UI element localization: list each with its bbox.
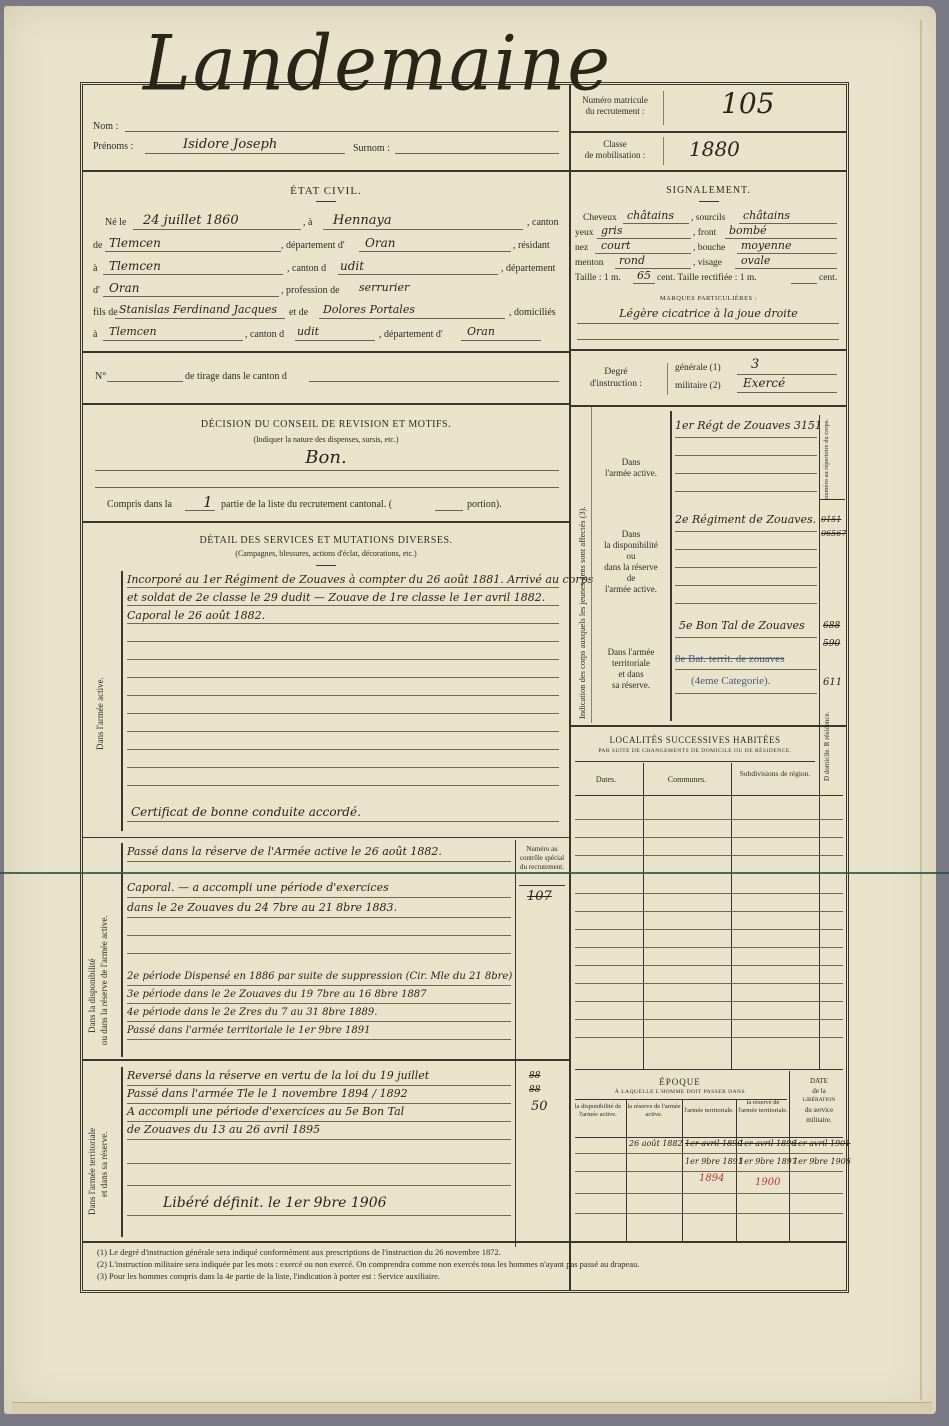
epoque-subtitle: À LAQUELLE L'HOMME DOIT PASSER DANS — [571, 1089, 789, 1095]
territorial-label: et dans — [593, 669, 669, 679]
reserve-label: ou — [593, 551, 669, 561]
service-line-1: Incorporé au 1er Régiment de Zouaves à c… — [127, 573, 593, 586]
corps-territorial-value-3: (4eme Categorie). — [691, 675, 770, 687]
line — [675, 669, 817, 670]
line — [577, 339, 839, 340]
line — [319, 318, 505, 319]
epoque-territoriale-red: 1894 — [699, 1173, 724, 1184]
divider — [571, 170, 846, 172]
line — [103, 274, 283, 275]
line — [575, 1001, 843, 1002]
divider — [83, 837, 569, 838]
reserve-side-label-1: Dans la disponibilité — [87, 959, 97, 1034]
line — [575, 947, 843, 948]
line — [127, 587, 559, 588]
corps-territorial-value-1: 5e Bon Tal de Zouaves — [679, 619, 805, 632]
footnote-2: (2) L'instruction militaire sera indiqué… — [97, 1259, 639, 1269]
reserve-line-2: Caporal. — a accompli une période d'exer… — [127, 881, 389, 894]
line — [127, 1185, 511, 1186]
parents-residence: Tlemcen — [109, 325, 157, 338]
line — [127, 985, 511, 986]
prenoms-value: Isidore Joseph — [183, 137, 277, 152]
line — [127, 785, 559, 786]
territorial-line-4: de Zouaves du 13 au 26 avril 1895 — [127, 1123, 320, 1136]
line — [675, 637, 817, 638]
birth-place: Hennaya — [333, 213, 392, 228]
divider — [83, 521, 569, 523]
matricule-label-2: du recrutement : — [571, 106, 659, 117]
line — [819, 499, 845, 500]
yeux-label: yeux — [575, 228, 593, 238]
line — [575, 1171, 843, 1172]
line — [623, 223, 689, 224]
column-dates: Dates. — [571, 775, 641, 784]
surnom-label: Surnom : — [353, 143, 390, 154]
canton-label: , canton — [527, 217, 559, 228]
parents-department: Oran — [467, 325, 495, 338]
reserve-line-5: 3e période dans le 2e Zouaves du 19 7bre… — [127, 989, 427, 1000]
controle-header: Numéro au contrôle spécial du recrutemen… — [517, 845, 567, 872]
active-label-2: l'armée active. — [593, 468, 669, 478]
divider — [83, 170, 569, 172]
bracket — [670, 411, 672, 721]
reserve-line-6: 4e période dans le 2e Zres du 7 au 31 8b… — [127, 1007, 377, 1018]
divider — [571, 131, 846, 133]
taille-value: 65 — [637, 269, 651, 282]
localites-subtitle: PAR SUITE DE CHANGEMENTS DE DOMICILE OU … — [571, 748, 819, 754]
certificat-line: Certificat de bonne conduite accordé. — [131, 805, 361, 819]
line — [127, 731, 559, 732]
divider — [83, 351, 569, 353]
line — [185, 510, 215, 511]
epoque-title: ÉPOQUE — [571, 1077, 789, 1087]
departement-label: , département d' — [281, 240, 345, 251]
left-column: Nom : Prénoms : Isidore Joseph Surnom : … — [83, 85, 569, 1290]
canton-label: , canton d — [287, 263, 326, 274]
departement-label: , département d' — [379, 329, 443, 340]
line — [435, 510, 463, 511]
column-subdivisions: Subdivisions de région. — [733, 769, 817, 778]
line — [127, 1163, 511, 1164]
reserve-line-1: Passé dans la réserve de l'Armée active … — [127, 845, 442, 858]
birth-canton: Tlemcen — [109, 236, 161, 250]
liberation-line: Libéré définit. le 1er 9bre 1906 — [163, 1195, 387, 1211]
line — [127, 1139, 511, 1140]
line — [295, 340, 375, 341]
line — [791, 283, 817, 284]
line — [633, 283, 655, 284]
a-label: à — [93, 263, 97, 274]
line — [575, 893, 843, 894]
prenoms-label: Prénoms : — [93, 141, 133, 152]
line — [675, 473, 817, 474]
col-disponibilite: la disponibilité de l'armée active. — [571, 1103, 625, 1119]
line — [309, 381, 559, 382]
line — [127, 713, 559, 714]
territorial-line-2: Passé dans l'armée Tle le 1 novembre 189… — [127, 1087, 408, 1100]
footnote-3: (3) Pour les hommes compris dans la 4e p… — [97, 1271, 440, 1281]
line — [737, 374, 837, 375]
et-de-label: et de — [289, 307, 308, 318]
line — [675, 531, 817, 532]
corps-side-label: Indication des corps auxquels les jeunes… — [577, 506, 587, 719]
divider — [571, 405, 846, 407]
line — [737, 392, 837, 393]
territorial-side-label-2: et dans sa réserve. — [99, 1132, 109, 1197]
domicilies-label: , domiciliés — [509, 307, 556, 318]
divider — [575, 795, 843, 796]
nom-label: Nom : — [93, 121, 118, 132]
tirage-no-label: N° — [95, 371, 106, 382]
cheveux-value: châtains — [627, 209, 674, 222]
brace — [663, 91, 664, 125]
line — [577, 323, 839, 324]
line — [127, 1121, 511, 1122]
territorial-label: Dans l'armée — [593, 647, 669, 657]
bouche-label: , bouche — [693, 243, 725, 253]
line — [575, 837, 843, 838]
compris-label: Compris dans la — [107, 499, 172, 510]
reserve-label: la disponibilité — [593, 540, 669, 550]
etat-civil-title: ÉTAT CIVIL. — [83, 185, 569, 197]
marques-title: MARQUES PARTICULIÈRES : — [571, 295, 846, 302]
reserve-line-3: dans le 2e Zouaves du 24 7bre au 21 8bre… — [127, 901, 397, 914]
father-name: Stanislas Ferdinand Jacques — [119, 303, 277, 316]
line — [127, 935, 511, 936]
visage-label: , visage — [693, 258, 722, 268]
line — [127, 917, 511, 918]
line — [127, 1103, 511, 1104]
generale-label: générale (1) — [675, 363, 721, 373]
column-divider — [819, 725, 820, 1069]
epoque-reserve-territoriale-date-1: 1er avril 1896 — [739, 1139, 796, 1148]
line — [675, 585, 817, 586]
reserve-label: Dans — [593, 529, 669, 539]
canton-label: , canton d — [245, 329, 284, 340]
cheveux-label: Cheveux — [583, 213, 617, 223]
line — [575, 911, 843, 912]
line — [615, 268, 691, 269]
page-edge — [920, 20, 922, 1400]
menton-label: menton — [575, 258, 604, 268]
territorial-number-2: 590 — [823, 639, 840, 649]
column-divider — [643, 763, 644, 1069]
line — [675, 491, 817, 492]
service-line-2: et soldat de 2e classe le 29 dudit — Zou… — [127, 591, 545, 604]
numero-header: numéro au répertoire du corps. — [823, 419, 830, 499]
matricule-value: 105 — [721, 87, 774, 120]
fils-de-label: fils de — [93, 307, 118, 318]
divider — [591, 407, 592, 723]
territorial-label: territoriale — [593, 658, 669, 668]
line — [575, 1037, 843, 1038]
line — [575, 1019, 843, 1020]
controle-value: 107 — [527, 889, 552, 904]
title-rule — [316, 201, 336, 202]
reserve-line-7: Passé dans l'armée territoriale le 1er 9… — [127, 1025, 371, 1036]
line — [575, 929, 843, 930]
column-divider — [789, 1071, 790, 1241]
territorial-number-2: 88 — [529, 1085, 540, 1095]
cent-label: cent. — [819, 273, 837, 283]
line — [127, 1039, 511, 1040]
signalement-title: SIGNALEMENT. — [571, 185, 846, 196]
reserve-label: l'armée active. — [593, 584, 669, 594]
nom-line — [125, 131, 559, 132]
reserve-label: de — [593, 573, 669, 583]
mother-name: Dolores Portales — [323, 303, 415, 316]
birth-department: Oran — [365, 236, 395, 250]
date-header: du service — [791, 1106, 847, 1114]
column-communes: Communes. — [643, 775, 731, 784]
services-subtitle: (Campagnes, blessures, actions d'éclat, … — [83, 549, 569, 558]
epoque-territoriale-date-2: 1er 9bre 1891 — [685, 1157, 743, 1166]
profession-label: , profession de — [281, 285, 340, 296]
footnote-1: (1) Le degré d'instruction générale sera… — [97, 1247, 501, 1257]
parents-canton: udit — [297, 325, 319, 338]
line — [115, 318, 285, 319]
birth-date: 24 juillet 1860 — [143, 213, 239, 228]
liberation-date-1: 1er avril 1901 — [793, 1139, 850, 1148]
classe-label-2: de mobilisation : — [571, 150, 659, 160]
surnom-line — [395, 153, 559, 154]
brace — [667, 363, 668, 395]
menton-value: rond — [619, 254, 645, 267]
reserve-label: dans la réserve — [593, 562, 669, 572]
instruction-label-1: Degré — [571, 367, 661, 377]
front-label: , front — [693, 228, 716, 238]
line — [675, 603, 817, 604]
divider — [575, 1137, 843, 1138]
epoque-reserve-territoriale-date-2: 1er 9bre 1897 — [739, 1157, 797, 1166]
title-rule — [699, 201, 719, 202]
line — [575, 1213, 843, 1214]
line — [519, 885, 565, 886]
bouche-value: moyenne — [741, 239, 791, 252]
line — [675, 437, 817, 438]
registration-form: Landemaine Nom : Prénoms : Isidore Josep… — [80, 82, 849, 1293]
divider — [571, 725, 846, 727]
date-header: de la — [791, 1087, 847, 1095]
line — [127, 659, 559, 660]
line — [103, 296, 279, 297]
epoque-territoriale-date-1: 1er avril 1890 — [685, 1139, 742, 1148]
col-reserve-territoriale: la réserve de l'armée territoriale. — [737, 1099, 789, 1115]
scanner-artifact-line — [0, 872, 949, 874]
line — [127, 677, 559, 678]
territorial-number-3: 611 — [823, 677, 842, 688]
visage-value: ovale — [741, 254, 770, 267]
line — [127, 861, 511, 862]
divider — [575, 761, 815, 762]
line — [675, 567, 817, 568]
residant-label: , résidant — [513, 240, 550, 251]
col-reserve-active: la réserve de l'armée active. — [627, 1103, 681, 1119]
sourcils-value: châtains — [743, 209, 790, 222]
line — [575, 855, 843, 856]
line — [575, 819, 843, 820]
line — [127, 953, 511, 954]
partie-value: 1 — [203, 493, 213, 511]
numero-divider — [819, 415, 820, 727]
yeux-value: gris — [601, 224, 622, 237]
line — [575, 983, 843, 984]
territorial-side-label-1: Dans l'armée territoriale — [87, 1128, 97, 1215]
line — [575, 1193, 843, 1194]
residence: Tlemcen — [109, 259, 161, 273]
date-header: militaire. — [791, 1116, 847, 1124]
territorial-label: sa réserve. — [593, 680, 669, 690]
localites-title: LOCALITÉS SUCCESSIVES HABITÉES — [571, 735, 819, 745]
page-bottom-edge — [12, 1402, 932, 1414]
portion-label: portion). — [467, 499, 502, 510]
bracket — [121, 1067, 123, 1237]
prenoms-line — [145, 153, 345, 154]
divider — [83, 1241, 846, 1243]
line — [675, 693, 817, 694]
epoque-reserve-active-date: 26 août 1882 — [629, 1139, 683, 1148]
d-label: d' — [93, 285, 100, 296]
services-title: DÉTAIL DES SERVICES ET MUTATIONS DIVERSE… — [83, 535, 569, 546]
decision-title: DÉCISION DU CONSEIL DE REVISION ET MOTIF… — [83, 419, 569, 430]
brace — [663, 137, 664, 165]
sourcils-label: , sourcils — [691, 213, 725, 223]
militaire-value: Exercé — [743, 376, 785, 390]
line — [127, 767, 559, 768]
line — [675, 455, 817, 456]
territorial-line-3: A accompli une période d'exercices au 5e… — [127, 1105, 404, 1118]
liberation-date-2: 1er 9bre 1906 — [793, 1157, 851, 1166]
line — [127, 1003, 511, 1004]
divider — [83, 1059, 569, 1061]
line — [127, 1021, 511, 1022]
line — [133, 229, 301, 230]
marques-value: Légère cicatrice à la joue droite — [571, 307, 846, 320]
decision-value: Bon. — [83, 447, 569, 468]
bracket — [121, 843, 123, 1057]
de-label: de — [93, 240, 102, 251]
cent-label: cent. Taille rectifiée : 1 m. — [657, 273, 757, 283]
reserve-line-4: 2e période Dispensé en 1886 par suite de… — [127, 971, 512, 982]
line — [461, 340, 541, 341]
corps-territorial-value-2: 8e Bat. territ. de zouaves — [675, 653, 784, 665]
profession: serrurier — [359, 281, 409, 294]
line — [127, 623, 559, 624]
title-rule — [316, 565, 336, 566]
territorial-line-1: Reversé dans la réserve en vertu de la l… — [127, 1069, 429, 1082]
reserve-side-label-2: ou dans la réserve de l'armée active. — [99, 915, 109, 1045]
corps-active-value: 1er Régt de Zouaves 3151 — [675, 419, 822, 432]
line — [338, 274, 498, 275]
nez-value: court — [601, 239, 631, 252]
right-column: Numéro matricule du recrutement : 105 Cl… — [569, 85, 846, 1290]
line — [323, 229, 523, 230]
classe-label-1: Classe — [571, 139, 659, 149]
a-label: à — [93, 329, 97, 340]
line — [735, 268, 837, 269]
active-side-label: Dans l'armée active. — [95, 677, 105, 750]
line — [675, 549, 817, 550]
line — [575, 965, 843, 966]
line — [105, 251, 281, 252]
controle-divider — [515, 1061, 516, 1247]
divider — [571, 349, 846, 351]
territorial-number-1: 88 — [529, 1071, 540, 1081]
matricule-label-1: Numéro matricule — [571, 95, 659, 106]
ne-le-label: Né le — [105, 217, 126, 228]
territorial-number-1: 688 — [823, 621, 840, 631]
line — [95, 487, 559, 488]
divider — [83, 403, 569, 405]
front-value: bombé — [729, 224, 767, 237]
militaire-label: militaire (2) — [675, 381, 721, 391]
line — [127, 605, 559, 606]
col-territoriale: l'armée territoriale. — [683, 1107, 735, 1115]
bracket — [121, 571, 123, 831]
taille-label: Taille : 1 m. — [575, 273, 621, 283]
line — [95, 470, 559, 471]
date-header: LIBÉRATION — [791, 1097, 847, 1103]
tirage-label: de tirage dans le canton d — [185, 371, 287, 382]
partie-label: partie de la liste du recrutement canton… — [221, 499, 392, 510]
epoque-reserve-territoriale-red: 1900 — [755, 1177, 780, 1188]
a-label: , à — [303, 217, 312, 228]
nez-label: nez — [575, 243, 588, 253]
decision-subtitle: (Indiquer la nature des dispenses, sursi… — [83, 435, 569, 444]
reserve-number-2: 06567 — [821, 529, 846, 538]
residence-department: Oran — [109, 281, 139, 295]
line — [127, 821, 559, 822]
line — [359, 251, 511, 252]
domicile-residence-header: D domicile. R résidence. — [823, 712, 831, 781]
classe-value: 1880 — [689, 137, 740, 161]
departement-label: , département — [501, 263, 555, 274]
line — [107, 381, 183, 382]
line — [103, 340, 243, 341]
line — [127, 1215, 511, 1216]
reserve-number-1: 0151 — [821, 515, 841, 524]
line — [127, 641, 559, 642]
instruction-label-2: d'instruction : — [571, 379, 661, 389]
residence-canton: udit — [340, 259, 364, 273]
corps-reserve-value: 2e Régiment de Zouaves. — [675, 513, 816, 526]
service-line-3: Caporal le 26 août 1882. — [127, 609, 265, 622]
line — [127, 749, 559, 750]
active-label-1: Dans — [593, 457, 669, 467]
divider — [575, 1069, 843, 1070]
column-divider — [731, 763, 732, 1069]
territorial-number-3: 50 — [531, 1099, 548, 1114]
line — [575, 1153, 843, 1154]
line — [127, 695, 559, 696]
line — [127, 897, 511, 898]
line — [127, 1085, 511, 1086]
generale-value: 3 — [751, 357, 759, 372]
date-header: DATE — [791, 1077, 847, 1086]
